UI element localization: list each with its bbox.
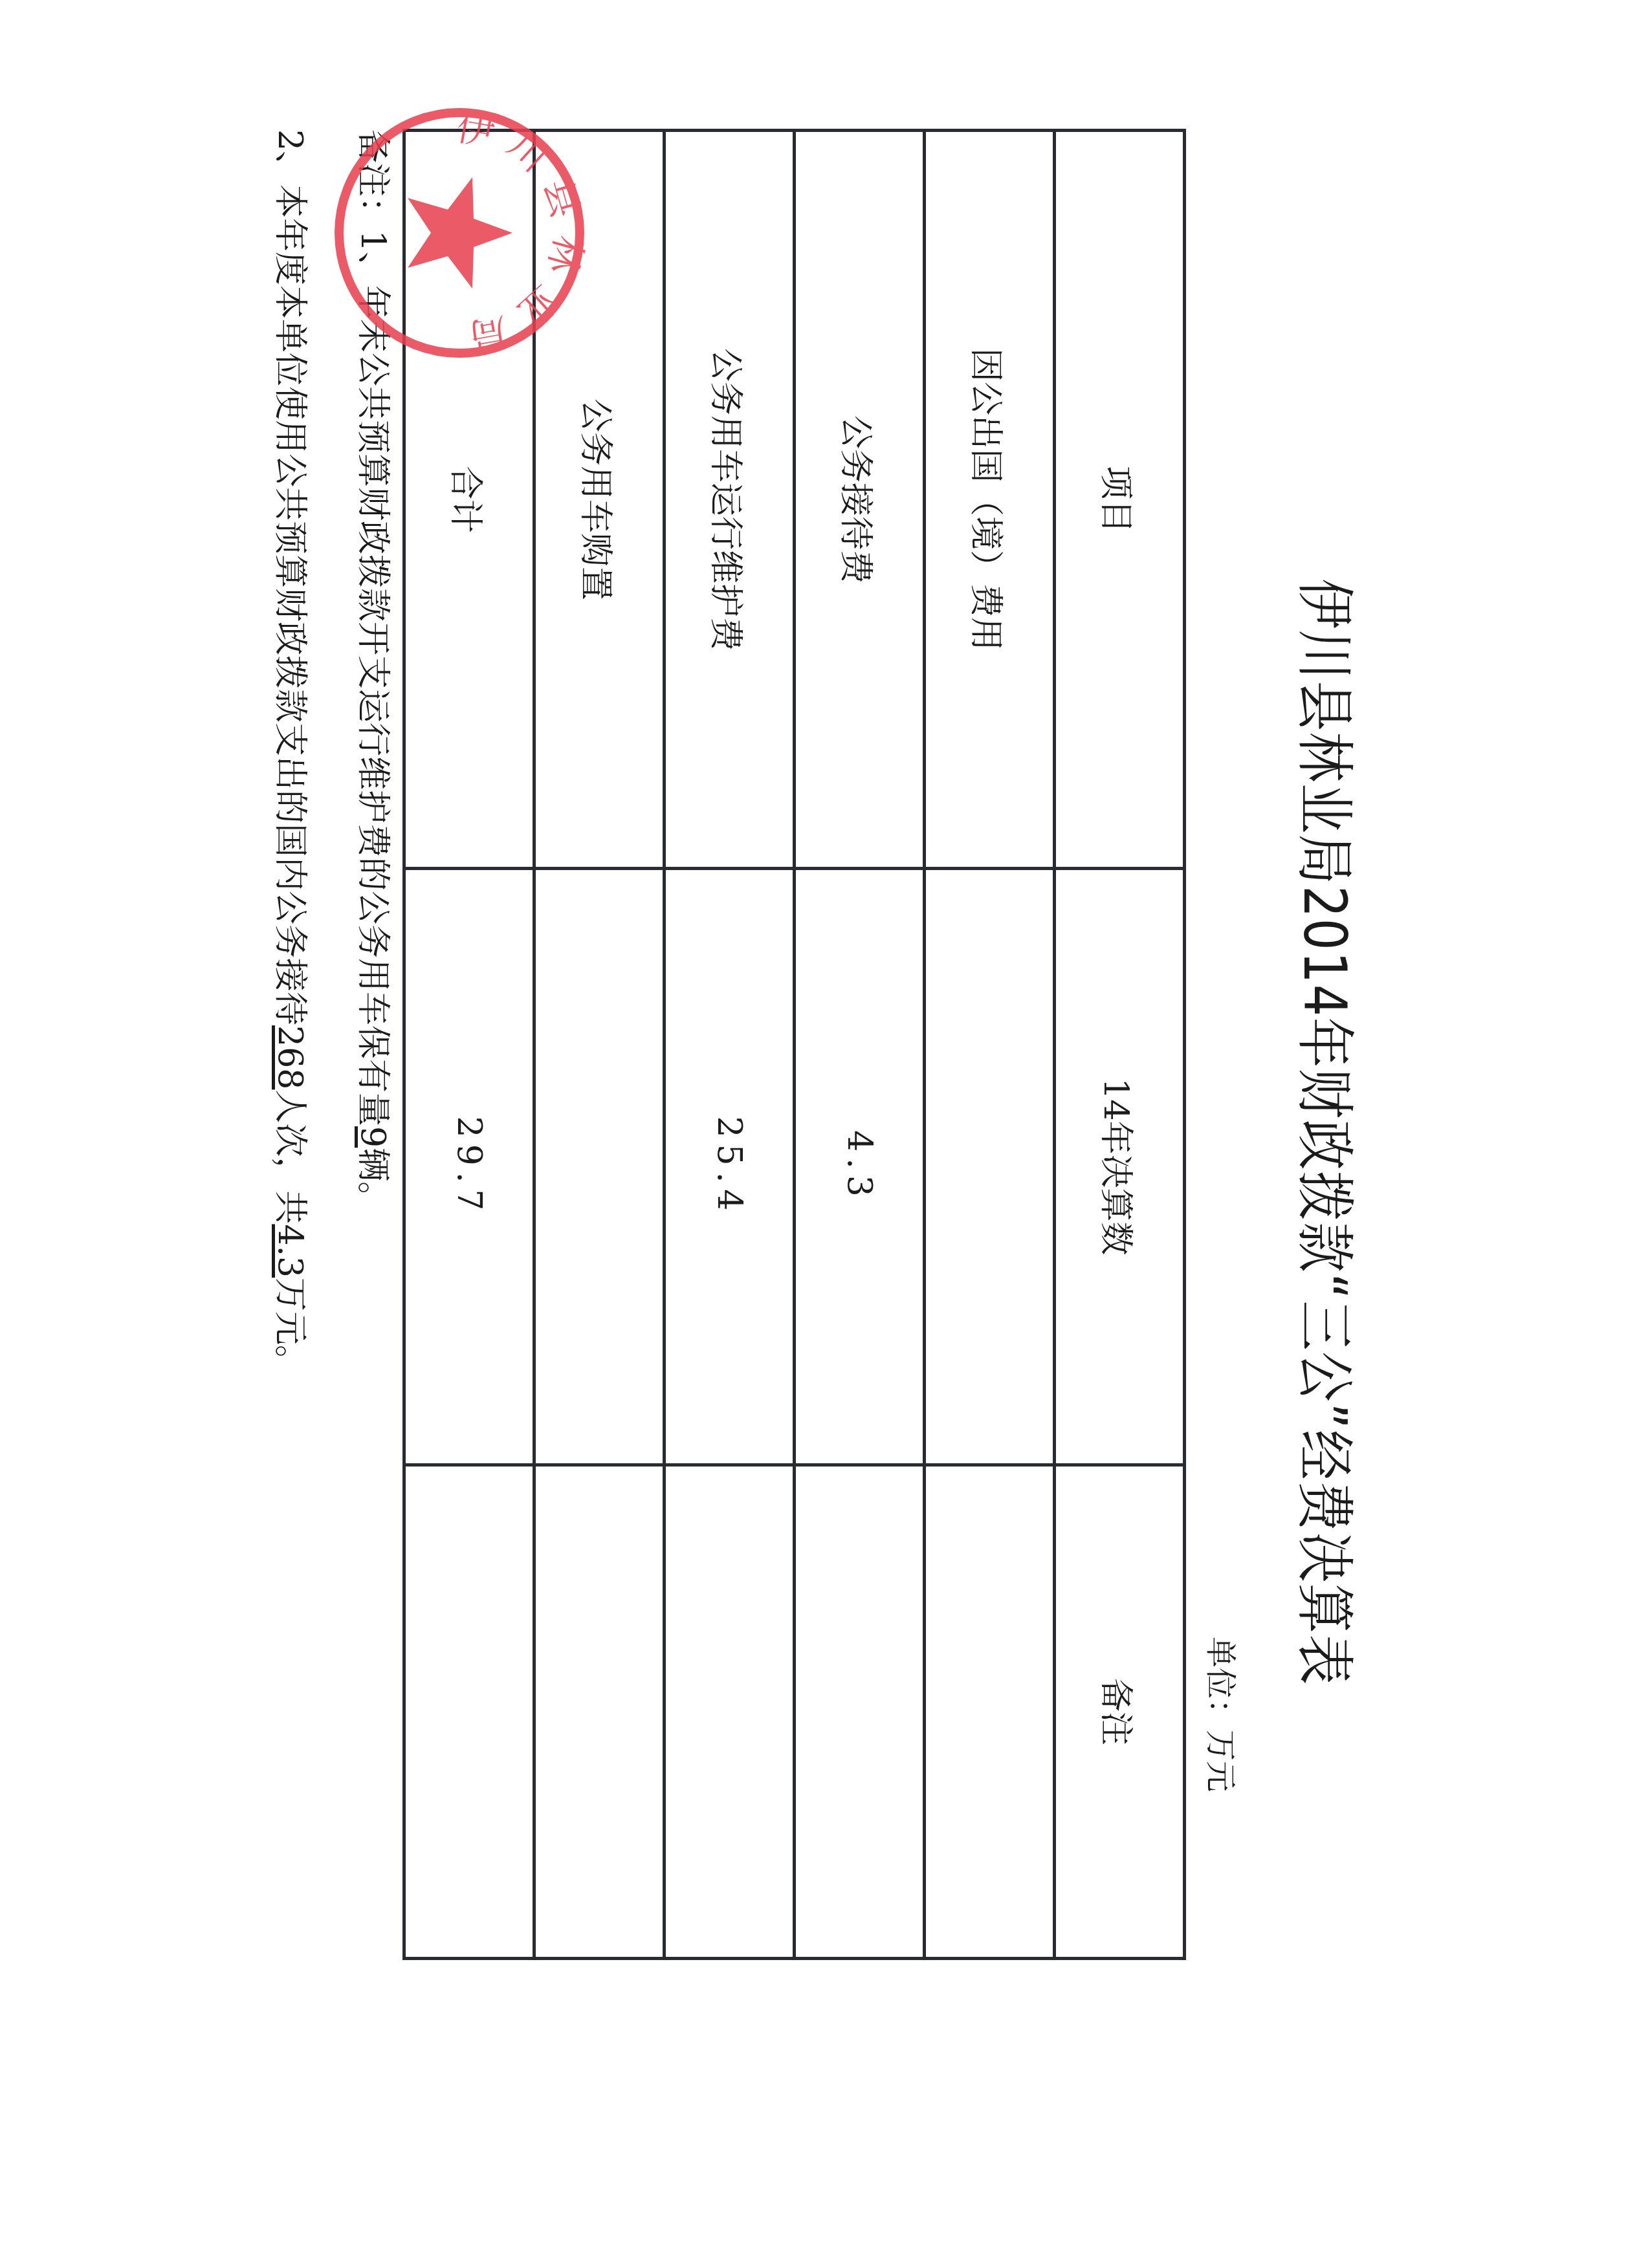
note-2-mid: 人次，共	[270, 1089, 309, 1224]
row-item: 因公出国（境）费用	[925, 131, 1055, 869]
note-2: 2、本年度本单位使用公共预算财政拨款支出的国内公务接待268人次，共4.3万元。	[248, 129, 331, 1379]
row-note	[795, 1465, 925, 1959]
note-2-suffix: 万元。	[270, 1278, 309, 1379]
note-1-text: 1、年末公共预算财政拨款开支运行维护费的公务用车保有量	[353, 230, 392, 1126]
header-item: 项目	[1055, 131, 1185, 869]
note-2-text: 2、本年度本单位使用公共预算财政拨款支出的国内公务接待	[270, 129, 309, 1025]
row-note	[925, 1465, 1055, 1959]
note-1-vehicle-count: 9	[353, 1126, 392, 1148]
table-header-row: 项目 14年决算数 备注	[1055, 131, 1185, 1959]
row-amount: 29.7	[404, 869, 534, 1465]
star-icon	[408, 177, 512, 289]
official-seal: 伊川县林业局	[330, 104, 589, 362]
page-title: 伊川县林业局2014年财政拨款“三公”经费决算表	[1288, 548, 1372, 1716]
document-page: 伊川县林业局2014年财政拨款“三公”经费决算表 单位：万元 项目 14年决算数…	[0, 0, 1650, 2268]
table-row: 公务接待费 4.3	[795, 131, 925, 1959]
row-item: 公务用车运行维护费	[665, 131, 795, 869]
header-note: 备注	[1055, 1465, 1185, 1959]
header-amount: 14年决算数	[1055, 869, 1185, 1465]
row-note	[534, 1465, 665, 1959]
row-amount	[925, 869, 1055, 1465]
table-row: 公务用车购置	[534, 131, 665, 1959]
note-1-suffix: 辆。	[353, 1148, 392, 1215]
row-amount: 4.3	[795, 869, 925, 1465]
table-row: 公务用车运行维护费 25.4	[665, 131, 795, 1959]
expense-table: 项目 14年决算数 备注 因公出国（境）费用 公务接待费 4.3 公务用车运行维…	[402, 129, 1186, 1960]
note-2-amount: 4.3	[270, 1224, 309, 1278]
table-row: 因公出国（境）费用	[925, 131, 1055, 1959]
table-row-total: 合计 29.7	[404, 131, 534, 1959]
row-note	[404, 1465, 534, 1959]
row-amount	[534, 869, 665, 1465]
note-2-visit-count: 268	[270, 1025, 309, 1089]
row-note	[665, 1465, 795, 1959]
unit-label: 单位：万元	[1201, 1637, 1246, 1792]
row-item: 公务接待费	[795, 131, 925, 869]
row-amount: 25.4	[665, 869, 795, 1465]
